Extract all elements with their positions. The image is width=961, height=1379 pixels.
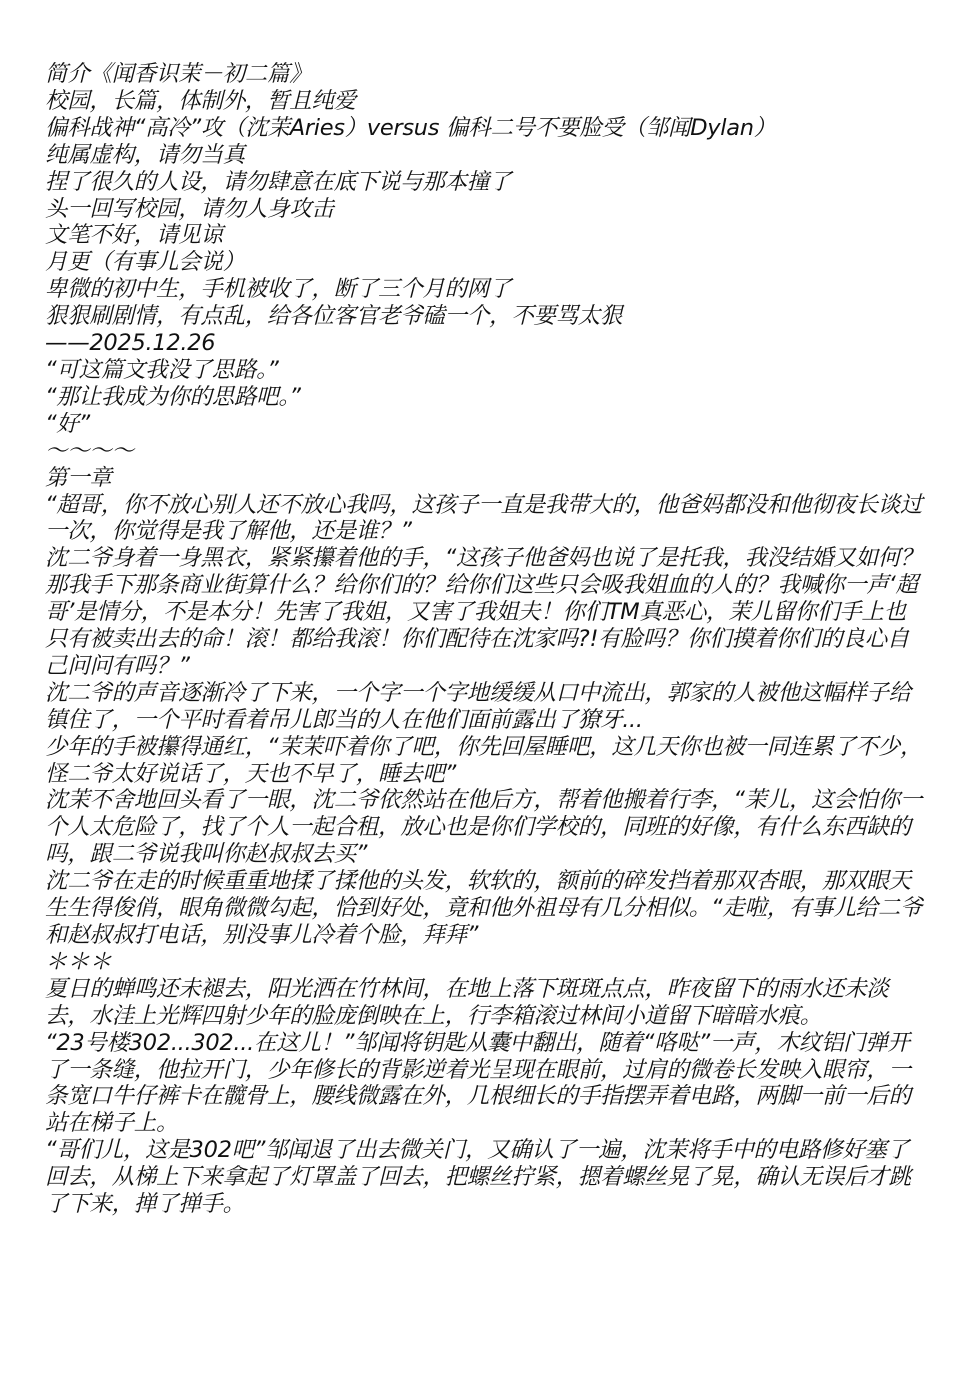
paragraph: “哥们儿，这是302吧”邹闻退了出去微关门，又确认了一遍，沈茉将手中的电路修好塞…: [45, 1137, 925, 1218]
epigraph-line: “可这篇文我没了思路。”: [45, 357, 925, 384]
chapter-section: 第一章 “超哥，你不放心别人还不放心我吗，这孩子一直是我带大的，他爸妈都没和他彻…: [45, 465, 925, 1218]
intro-line: 狠狠刷剧情，有点乱，给各位客官老爷磕一个，不要骂太狠: [45, 303, 925, 330]
intro-line: 头一回写校园，请勿人身攻击: [45, 196, 925, 223]
paragraph: 沈二爷的声音逐渐冷了下来，一个字一个字地缓缓从口中流出，郭家的人被他这幅样子给镇…: [45, 680, 925, 734]
paragraph: 沈二爷身着一身黑衣，紧紧攥着他的手，“这孩子他爸妈也说了是托我，我没结婚又如何？…: [45, 545, 925, 680]
intro-section: 简介《闻香识茉－初二篇》 校园，长篇，体制外，暂且纯爱 偏科战神“高冷”攻（沈茉…: [45, 61, 925, 357]
epigraph-section: “可这篇文我没了思路。” “那让我成为你的思路吧。” “好”: [45, 357, 925, 438]
epigraph-line: “好”: [45, 411, 925, 438]
intro-title: 简介《闻香识茉－初二篇》: [45, 61, 925, 88]
intro-line: 校园，长篇，体制外，暂且纯爱: [45, 88, 925, 115]
epigraph-line: “那让我成为你的思路吧。”: [45, 384, 925, 411]
paragraph: 夏日的蝉鸣还未褪去，阳光洒在竹林间，在地上落下斑斑点点，昨夜留下的雨水还未淡去，…: [45, 976, 925, 1030]
paragraph: “23号楼302...302...在这儿！”邹闻将钥匙从囊中翻出，随着“咯哒”一…: [45, 1030, 925, 1138]
paragraph: 少年的手被攥得通红，“茉茉吓着你了吧，你先回屋睡吧，这几天你也被一同连累了不少，…: [45, 734, 925, 788]
date-signature: ——2025.12.26: [45, 330, 925, 357]
paragraph: “超哥，你不放心别人还不放心我吗，这孩子一直是我带大的，他爸妈都没和他彻夜长谈过…: [45, 492, 925, 546]
intro-line: 月更（有事儿会说）: [45, 249, 925, 276]
intro-line: 文笔不好，请见谅: [45, 222, 925, 249]
intro-line: 捏了很久的人设，请勿肆意在底下说与那本撞了: [45, 169, 925, 196]
chapter-title: 第一章: [45, 465, 925, 492]
scene-break: ＊＊＊: [45, 949, 925, 976]
intro-line: 偏科战神“高冷”攻（沈茉Aries）versus 偏科二号不要脸受（邹闻Dyla…: [45, 115, 925, 142]
intro-line: 纯属虚构，请勿当真: [45, 142, 925, 169]
document-page: 简介《闻香识茉－初二篇》 校园，长篇，体制外，暂且纯爱 偏科战神“高冷”攻（沈茉…: [45, 61, 925, 1218]
paragraph: 沈二爷在走的时候重重地揉了揉他的头发，软软的，额前的碎发挡着那双杏眼，那双眼天生…: [45, 868, 925, 949]
wave-separator: ～～～～: [45, 438, 925, 465]
paragraph: 沈茉不舍地回头看了一眼，沈二爷依然站在他后方，帮着他搬着行李，“茉儿，这会怕你一…: [45, 787, 925, 868]
intro-line: 卑微的初中生，手机被收了，断了三个月的网了: [45, 276, 925, 303]
